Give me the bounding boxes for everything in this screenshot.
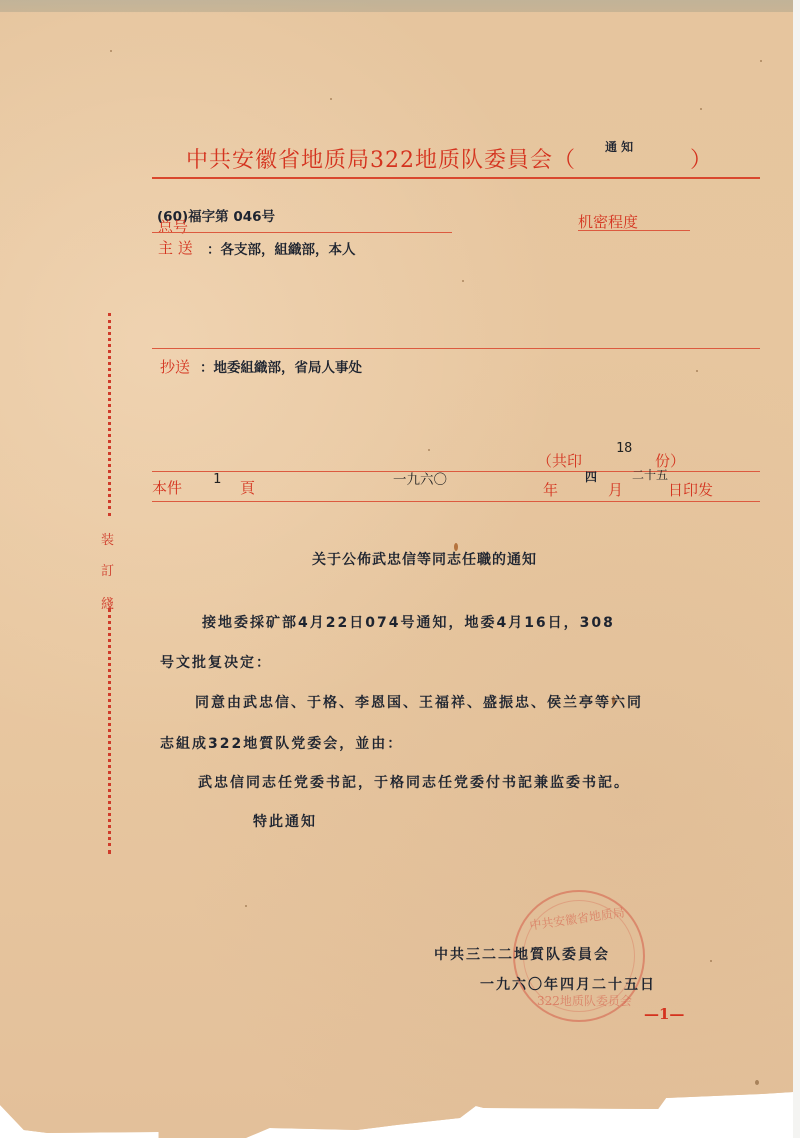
document-paper: 中共安徽省地质局322地质队委員会（ 通 知 ） (60)福字第 046号 总号… <box>0 0 793 1138</box>
year-value: 一九六〇 <box>393 468 447 488</box>
secrecy-label: 机密程度 <box>578 211 638 232</box>
page-number: —1— <box>644 1005 684 1023</box>
binding-char: 装 <box>101 529 114 548</box>
seal-bottom-text: 322地质队委员会 <box>537 992 632 1009</box>
header-close-paren: ） <box>690 143 712 174</box>
paper-speck <box>755 1080 759 1085</box>
doc-number-label: 总号 <box>158 216 188 237</box>
scan-shadow <box>0 0 793 12</box>
signature-org: 中共三二二地質队委員会 <box>434 944 610 964</box>
body-line: 号文批复决定： <box>160 652 272 672</box>
binding-char: 綫 <box>101 593 114 612</box>
binding-dots-upper <box>108 313 111 516</box>
paper-speck <box>428 449 430 451</box>
scan-right-edge <box>793 0 800 1138</box>
month-label: 月 <box>608 479 623 500</box>
day-value: 二十五 <box>632 466 668 483</box>
copies-value: 18 <box>616 440 632 456</box>
date-row-bottom-rule <box>152 501 760 502</box>
month-value: 四 <box>585 468 597 485</box>
pages-label: 本件 <box>152 477 182 498</box>
send-to-value: ：各支部，組織部，本人 <box>207 238 356 258</box>
paper-speck <box>245 905 247 907</box>
body-line: 同意由武忠信、于格、李恩国、王福祥、盛振忠、侯兰亭等六同 <box>195 692 643 712</box>
binding-char: 訂 <box>101 560 114 579</box>
paper-speck <box>110 50 112 52</box>
binding-dots-lower <box>108 608 111 854</box>
pages-unit: 頁 <box>240 477 255 498</box>
paper-speck <box>700 108 702 110</box>
pages-value: 1 <box>213 471 221 487</box>
date-row-top-rule <box>152 471 760 472</box>
body-line: 武忠信同志任党委书記，于格同志任党委付书記兼监委书記。 <box>198 772 630 792</box>
header-doc-type: 通 知 <box>605 138 633 155</box>
closing-line: 特此通知 <box>253 811 317 831</box>
cc-value: ：地委組織部，省局人事处 <box>200 356 362 376</box>
day-label: 日印发 <box>668 479 713 500</box>
header-rule <box>152 177 760 179</box>
year-label: 年 <box>543 479 558 500</box>
body-line: 接地委採矿部4月22日074号通知，地委4月16日，308 <box>202 612 615 632</box>
paper-speck <box>462 280 464 282</box>
body-line: 志組成322地質队党委会，並由： <box>160 733 403 753</box>
subject-title: 关于公佈武忠信等同志任職的通知 <box>312 549 537 569</box>
paper-speck <box>696 370 698 372</box>
doc-number-rule <box>152 232 452 233</box>
cc-label: 抄送 <box>160 356 190 377</box>
signature-date: 一九六〇年四月二十五日 <box>480 974 656 994</box>
header-org-title: 中共安徽省地质局322地质队委員会（ <box>186 143 576 174</box>
copies-label-open: （共印 <box>537 450 582 471</box>
secrecy-rule <box>578 230 690 231</box>
send-to-rule <box>152 348 760 349</box>
paper-speck <box>330 98 332 100</box>
send-to-label: 主 送 <box>158 237 193 258</box>
paper-speck <box>760 60 762 62</box>
paper-speck <box>710 960 712 962</box>
